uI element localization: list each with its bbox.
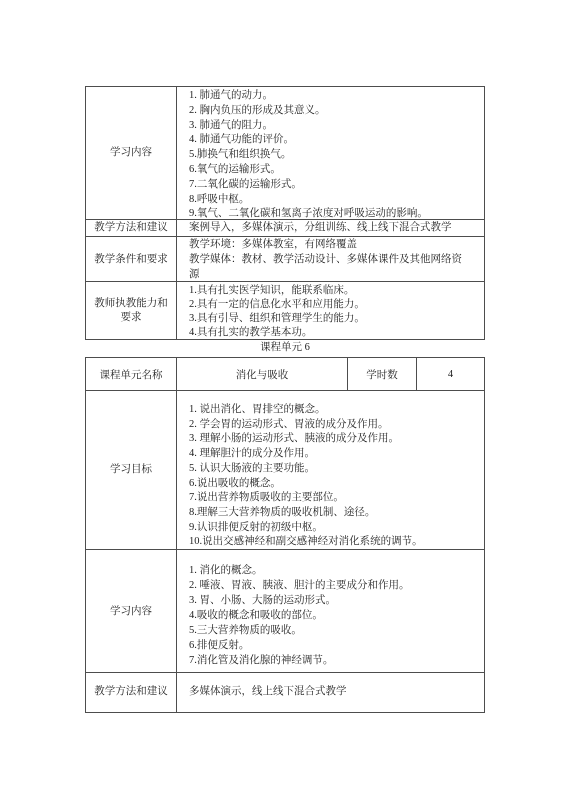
- row-learning-content: 学习内容 1. 肺通气的动力。2. 胸内负压的形成及其意义。3. 肺通气的阻力。…: [86, 87, 485, 220]
- content-line: 教学条件和要求: [94, 252, 168, 267]
- course-unit-6-table: 课程单元名称 消化与吸收 学时数 4 学习目标 1. 说出消化、胃排空的概念。2…: [85, 357, 485, 713]
- course-unit-5-table: 学习内容 1. 肺通气的动力。2. 胸内负压的形成及其意义。3. 肺通气的阻力。…: [85, 86, 485, 340]
- row-content-cell: 1. 说出消化、胃排空的概念。2. 学会胃的运动形式、胃液的成分及作用。3. 理…: [177, 391, 485, 550]
- row-teaching-conditions: 教学条件和要求 教学环境：多媒体教室，有网络覆盖教学媒体：教材、教学活动设计、多…: [86, 237, 485, 282]
- content-line: 2. 学会胃的运动形式、胃液的成分及作用。: [189, 418, 480, 433]
- content-line: 4. 肺通气功能的评价。: [189, 133, 480, 148]
- content-line: 2. 胸内负压的形成及其意义。: [189, 104, 480, 119]
- row-content-cell: 1. 肺通气的动力。2. 胸内负压的形成及其意义。3. 肺通气的阻力。4. 肺通…: [177, 87, 485, 220]
- content-line: 6.说出吸收的概念。: [189, 477, 480, 492]
- content-line: 源: [189, 267, 480, 282]
- content-line: 2. 唾液、胃液、胰液、胆汁的主要成分和作用。: [189, 578, 480, 593]
- row-label-cell: 教师执教能力和要求: [86, 282, 177, 340]
- document-page: 学习内容 1. 肺通气的动力。2. 胸内负压的形成及其意义。3. 肺通气的阻力。…: [0, 0, 566, 800]
- row-learning-objectives: 学习目标 1. 说出消化、胃排空的概念。2. 学会胃的运动形式、胃液的成分及作用…: [86, 391, 485, 550]
- content-line: 学习内容: [110, 146, 152, 161]
- content-line: 9.认识排便反射的初级中枢。: [189, 521, 480, 536]
- content-line: 案例导入，多媒体演示，分组训练、线上线下混合式教学: [189, 221, 480, 236]
- content-line: 教学方法和建议: [94, 685, 168, 700]
- content-line: 7.说出营养物质吸收的主要部位。: [189, 491, 480, 506]
- content-line: 1. 肺通气的动力。: [189, 89, 480, 104]
- row-content-cell: 多媒体演示，线上线下混合式教学: [177, 673, 485, 713]
- content-line: 2.具有一定的信息化水平和应用能力。: [189, 298, 480, 312]
- unit-name-value-cell: 消化与吸收: [177, 358, 348, 391]
- row-teaching-methods: 教学方法和建议 案例导入，多媒体演示，分组训练、线上线下混合式教学: [86, 220, 485, 237]
- row-learning-content: 学习内容 1. 消化的概念。2. 唾液、胃液、胰液、胆汁的主要成分和作用。3. …: [86, 550, 485, 673]
- row-label-cell: 教学条件和要求: [86, 237, 177, 282]
- content-line: 7.消化管及消化腺的神经调节。: [189, 653, 480, 668]
- content-line: 4.具有扎实的教学基本功。: [189, 326, 480, 340]
- content-line: 1. 说出消化、胃排空的概念。: [189, 403, 480, 418]
- content-line: 3. 胃、小肠、大肠的运动形式。: [189, 593, 480, 608]
- content-line: 5. 认识大肠液的主要功能。: [189, 462, 480, 477]
- content-line: 10.说出交感神经和副交感神经对消化系统的调节。: [189, 535, 480, 550]
- row-content-cell: 1.具有扎实医学知识，能联系临床。2.具有一定的信息化水平和应用能力。3.具有引…: [177, 282, 485, 340]
- hours-label-cell: 学时数: [348, 358, 417, 391]
- row-label-cell: 教学方法和建议: [86, 673, 177, 713]
- content-line: 3. 理解小肠的运动形式、胰液的成分及作用。: [189, 432, 480, 447]
- hours-value-cell: 4: [417, 358, 485, 391]
- content-line: 教学环境：多媒体教室，有网络覆盖: [189, 237, 480, 252]
- unit-name-label-cell: 课程单元名称: [86, 358, 177, 391]
- content-line: 5.肺换气和组织换气。: [189, 148, 480, 163]
- content-line: 3. 肺通气的阻力。: [189, 119, 480, 134]
- row-content-cell: 教学环境：多媒体教室，有网络覆盖教学媒体：教材、教学活动设计、多媒体课件及其他网…: [177, 237, 485, 282]
- content-line: 4. 理解胆汁的成分及作用。: [189, 447, 480, 462]
- row-content-cell: 1. 消化的概念。2. 唾液、胃液、胰液、胆汁的主要成分和作用。3. 胃、小肠、…: [177, 550, 485, 673]
- content-line: 6.排便反射。: [189, 638, 480, 653]
- content-line: 9.氧气、二氧化碳和氢离子浓度对呼吸运动的影响。: [189, 207, 480, 220]
- row-teacher-abilities: 教师执教能力和要求 1.具有扎实医学知识，能联系临床。2.具有一定的信息化水平和…: [86, 282, 485, 340]
- row-teaching-methods: 教学方法和建议 多媒体演示，线上线下混合式教学: [86, 673, 485, 713]
- content-line: 教师执教能力和: [94, 297, 168, 311]
- content-line: 3.具有引导、组织和管理学生的能力。: [189, 312, 480, 326]
- row-label-cell: 学习目标: [86, 391, 177, 550]
- content-line: 7.二氧化碳的运输形式。: [189, 178, 480, 193]
- row-label-cell: 学习内容: [86, 550, 177, 673]
- content-line: 5.三大营养物质的吸收。: [189, 623, 480, 638]
- content-line: 学习目标: [110, 463, 152, 478]
- content-line: 学习内容: [110, 604, 152, 619]
- content-line: 1.具有扎实医学知识，能联系临床。: [189, 284, 480, 298]
- row-content-cell: 案例导入，多媒体演示，分组训练、线上线下混合式教学: [177, 220, 485, 237]
- content-line: 教学方法和建议: [94, 221, 168, 236]
- content-line: 1. 消化的概念。: [189, 563, 480, 578]
- course-unit-6-caption: 课程单元 6: [85, 340, 485, 356]
- content-line: 多媒体演示，线上线下混合式教学: [189, 685, 480, 700]
- row-label-cell: 学习内容: [86, 87, 177, 220]
- content-line: 教学媒体：教材、教学活动设计、多媒体课件及其他网络资: [189, 252, 480, 267]
- content-line: 8.理解三大营养物质的吸收机制、途径。: [189, 506, 480, 521]
- content-line: 4.吸收的概念和吸收的部位。: [189, 608, 480, 623]
- content-line: 6.氧气的运输形式。: [189, 163, 480, 178]
- row-label-cell: 教学方法和建议: [86, 220, 177, 237]
- content-line: 8.呼吸中枢。: [189, 193, 480, 208]
- content-line: 要求: [121, 311, 142, 325]
- row-unit-header: 课程单元名称 消化与吸收 学时数 4: [86, 358, 485, 391]
